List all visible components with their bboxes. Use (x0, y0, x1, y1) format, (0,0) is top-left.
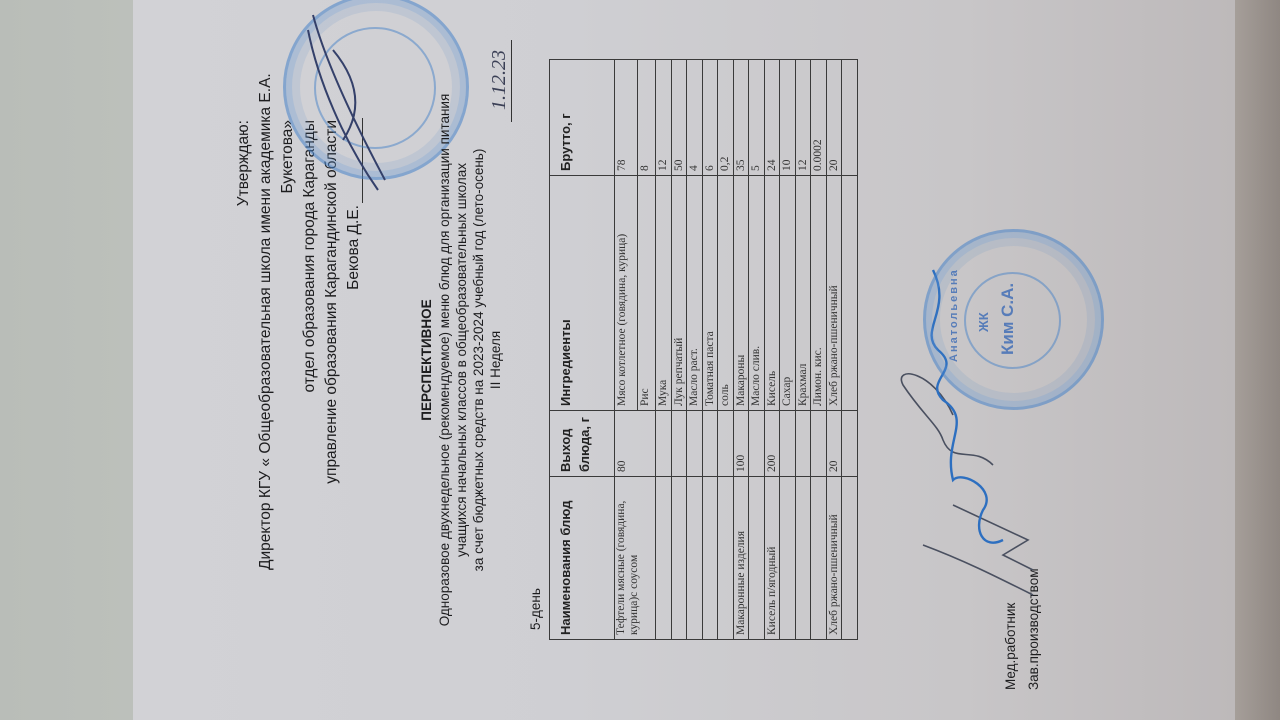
gross-cell (842, 60, 858, 176)
table-row: Тефтели мясные (говядина, курица)с соусо… (615, 60, 638, 640)
week-label: II Неделя (488, 60, 505, 660)
col-dish-name: Наименования блюд (550, 477, 615, 640)
dish-cell (671, 477, 687, 640)
dish-cell (780, 477, 796, 640)
gross-cell: 12 (795, 60, 811, 176)
dish-cell (749, 477, 765, 640)
gross-cell: 0,2 (718, 60, 734, 176)
table-row: Томатная паста6 (702, 60, 718, 640)
gross-cell: 50 (671, 60, 687, 176)
yield-cell: 80 (615, 411, 656, 477)
dish-cell: Хлеб ржано-пшеничный (826, 477, 842, 640)
medical-worker-label: Мед.работник (1003, 603, 1018, 690)
stamp-type: ЖК (976, 312, 991, 332)
menu-table: Наименования блюд Выход блюда, г Ингреди… (549, 59, 858, 640)
table-row: Лук репчатый50 (671, 60, 687, 640)
ingredient-cell: Масло раст. (687, 176, 703, 411)
ingredient-cell: соль (718, 176, 734, 411)
col-yield: Выход блюда, г (550, 411, 615, 477)
yield-cell: 100 (733, 411, 749, 477)
table-row: Масло слив.5 (749, 60, 765, 640)
gross-cell: 35 (733, 60, 749, 176)
school-name-cont: Букетова» (277, 120, 299, 420)
table-row: Мука12 (656, 60, 672, 640)
yield-cell (687, 411, 703, 477)
table-row: соль0,2 (718, 60, 734, 640)
ingredient-cell: Рис (638, 176, 656, 411)
director-line: Директор КГУ « Общеобразовательная школа… (255, 73, 277, 570)
signatory-name: Бекова Д.Е. (343, 205, 365, 420)
gross-cell: 20 (826, 60, 842, 176)
director-signature (303, 0, 393, 200)
gross-cell: 6 (702, 60, 718, 176)
ingredient-cell: Мука (656, 176, 672, 411)
gross-cell: 78 (615, 60, 638, 176)
approve-label: Утверждаю: (233, 120, 255, 420)
handwritten-date: 1.12.23 (488, 50, 511, 110)
dish-cell (702, 477, 718, 640)
doc-subtitle-2: учащихся начальных классов в общеобразов… (454, 20, 471, 700)
table-row: Сахар10 (780, 60, 796, 640)
gross-cell: 5 (749, 60, 765, 176)
dish-cell: Тефтели мясные (говядина, курица)с соусо… (615, 477, 656, 640)
yield-cell (842, 411, 858, 477)
stamp-patronymic: Анатольевна (948, 268, 960, 362)
stamp-name: Ким С.А. (998, 283, 1018, 355)
doc-subtitle-3: за счет бюджетных средств на 2023-2024 у… (471, 20, 488, 700)
ingredient-cell: Масло слив. (749, 176, 765, 411)
ingredient-cell (842, 176, 858, 411)
yield-cell (811, 411, 827, 477)
ingredient-cell: Крахмал (795, 176, 811, 411)
dish-cell (718, 477, 734, 640)
table-row: Лимон. кис.0.0002 (811, 60, 827, 640)
table-row: Хлеб ржано-пшеничный20Хлеб ржано-пшеничн… (826, 60, 842, 640)
ingredient-cell: Томатная паста (702, 176, 718, 411)
yield-cell (780, 411, 796, 477)
ingredient-cell: Лимон. кис. (811, 176, 827, 411)
table-row: Масло раст.4 (687, 60, 703, 640)
yield-cell (671, 411, 687, 477)
yield-cell (795, 411, 811, 477)
ingredient-cell: Макароны (733, 176, 749, 411)
ingredient-cell: Хлеб ржано-пшеничный (826, 176, 842, 411)
date-underline (511, 40, 512, 122)
yield-cell: 20 (826, 411, 842, 477)
yield-cell (718, 411, 734, 477)
gross-cell: 10 (780, 60, 796, 176)
kim-stamp: Ким С.А. ЖК Анатольевна (923, 229, 1104, 410)
dish-cell (687, 477, 703, 640)
table-row (842, 60, 858, 640)
ingredient-cell: Кисель (764, 176, 780, 411)
table-row: Кисель п/ягодный200Кисель24 (764, 60, 780, 640)
ingredient-cell: Лук репчатый (671, 176, 687, 411)
table-header-row: Наименования блюд Выход блюда, г Ингреди… (550, 60, 615, 640)
yield-cell (749, 411, 765, 477)
gross-cell: 4 (687, 60, 703, 176)
dish-cell (811, 477, 827, 640)
dish-cell (656, 477, 672, 640)
col-ingredients: Ингредиенты (550, 176, 615, 411)
dish-cell (842, 477, 858, 640)
yield-cell (702, 411, 718, 477)
yield-cell (656, 411, 672, 477)
gross-cell: 24 (764, 60, 780, 176)
day-label: 5-день (528, 588, 545, 630)
ingredient-cell: Сахар (780, 176, 796, 411)
yield-cell: 200 (764, 411, 780, 477)
gross-cell: 8 (638, 60, 656, 176)
document-page: Утверждаю: Директор КГУ « Общеобразовате… (133, 0, 1235, 720)
col-gross: Брутто, г (550, 60, 615, 176)
ingredient-cell: Мясо котлетное (говядина, курица) (615, 176, 638, 411)
doc-title: ПЕРСПЕКТИВНОЕ (419, 60, 436, 660)
gross-cell: 12 (656, 60, 672, 176)
dish-cell: Кисель п/ягодный (764, 477, 780, 640)
gross-cell: 0.0002 (811, 60, 827, 176)
dish-cell: Макаронные изделия (733, 477, 749, 640)
table-row: Макаронные изделия100Макароны35 (733, 60, 749, 640)
doc-subtitle-1: Одноразовое двухнедельное (рекомендуемое… (437, 20, 454, 700)
dish-cell (795, 477, 811, 640)
table-row: Крахмал12 (795, 60, 811, 640)
